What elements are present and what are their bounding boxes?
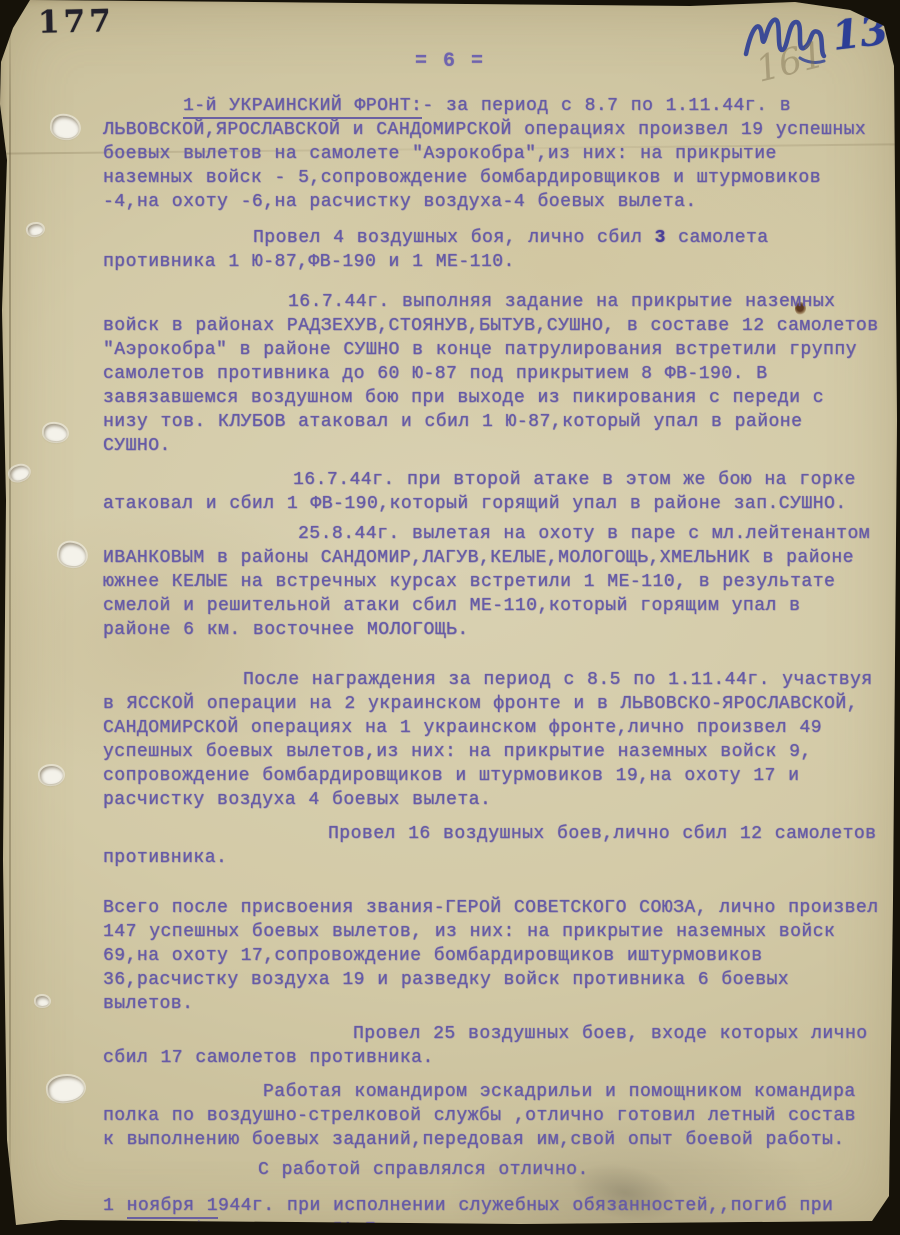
paragraph: Работая командиром эскадрильи и помощник… [103,1080,879,1152]
text-run: Работая командиром эскадрильи и помощник… [103,1082,856,1150]
document-body: 1-й УКРАИНСКИЙ ФРОНТ:- за период с 8.7 п… [103,86,879,1235]
text-run: 1 [103,1196,127,1216]
paragraph: С работой справлялся отлично. [103,1158,879,1182]
paragraph: 25.8.44г. вылетая на охоту в паре с мл.л… [103,522,879,642]
punch-hole [36,996,49,1006]
text-run: Провел 16 воздушных боев,лично сбил 12 с… [103,824,876,868]
page-number: = 6 = [0,50,900,73]
paragraph: Всего после присвоения звания-ГЕРОЙ СОВЕ… [103,896,879,1016]
punch-hole [57,541,88,568]
text-run: 3 [655,228,666,248]
page-stamp: 177 [38,3,115,41]
text-run: 1-й УКРАИНСКИЙ ФРОНТ: [183,96,422,119]
paragraph: Провел 25 воздушных боев, входе которых … [103,1022,879,1070]
text-run: Всего после присвоения звания-ГЕРОЙ СОВЕ… [103,898,879,1014]
document-page: 177 134 161 = 6 = 1-й УКРАИНСКИЙ ФРОНТ:-… [0,0,900,1235]
punch-hole [51,114,81,140]
punch-hole [46,1074,85,1104]
text-run: 25.8.44г. вылетая на охоту в паре с мл.л… [103,524,870,640]
paragraph: Провел 4 воздушных боя, лично сбил 3 сам… [103,226,879,274]
paragraph: 16.7.44г. при второй атаке в этом же бою… [103,468,879,516]
paragraph: 1 ноября 1944г. при исполнении служебных… [103,1194,879,1235]
text-run: Провел 25 воздушных боев, входе которых … [103,1024,868,1068]
paragraph: После награждения за период с 8.5 по 1.1… [103,668,879,812]
text-run: 16.7.44г. при второй атаке в этом же бою… [103,470,856,514]
paragraph: 16.7.44г. выполняя задание на прикрытие … [103,290,879,458]
text-run: После награждения за период с 8.5 по 1.1… [103,670,873,810]
punch-hole [39,765,64,785]
text-run: Провел 4 воздушных боя, лично сбил [253,228,655,248]
paragraph: Провел 16 воздушных боев,лично сбил 12 с… [103,822,879,870]
paragraph: 1-й УКРАИНСКИЙ ФРОНТ:- за период с 8.7 п… [103,94,879,214]
paper-crease [9,0,11,1235]
text-run: ноября 1 [127,1196,218,1219]
punch-hole [27,223,44,237]
text-run: 16.7.44г. выполняя задание на прикрытие … [103,292,879,456]
punch-hole [8,463,31,483]
text-run: С работой справлялся отлично. [258,1160,589,1180]
punch-hole [43,423,67,442]
